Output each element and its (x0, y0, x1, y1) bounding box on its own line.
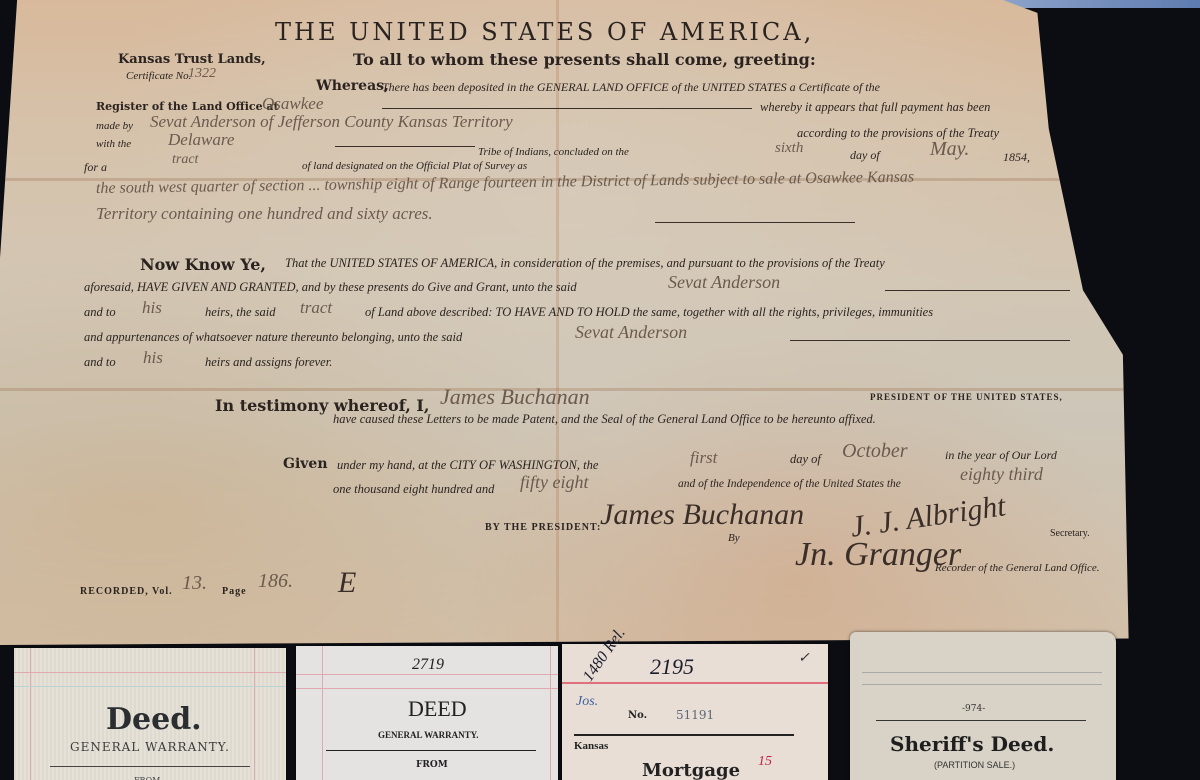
card-number: 2719 (412, 656, 444, 674)
vertical-crease (556, 0, 559, 645)
given-label: Given (283, 456, 328, 472)
land-patent-document: THE UNITED STATES OF AMERICA, To all to … (0, 0, 1140, 645)
treaty-month: May. (930, 138, 969, 161)
fill-line (790, 340, 1070, 341)
independence-text: and of the Independence of the United St… (678, 478, 901, 490)
year-words: fifty eight (520, 472, 588, 493)
sheriffs-deed-card: -974- Sheriff's Deed. (PARTITION SALE.) (850, 632, 1116, 780)
page-label: Page (222, 586, 247, 597)
independence-year: eighty third (960, 464, 1043, 485)
his-value-2: his (143, 348, 163, 368)
rule-line (562, 682, 828, 684)
certificate-label: Certificate No. (126, 70, 191, 82)
land-description-line-1: the south west quarter of section ... to… (96, 169, 914, 198)
check-mark: ✓ (798, 650, 810, 667)
fill-line (382, 108, 752, 109)
margin-line (322, 646, 323, 780)
margin-line (550, 646, 551, 780)
deed-card-2719: 2719 DEED GENERAL WARRANTY. FROM (296, 646, 558, 780)
tract-value-2: tract (300, 298, 332, 318)
recorded-volume-label: RECORDED, Vol. (80, 586, 173, 597)
card-from: FROM (134, 776, 160, 780)
fill-line (885, 290, 1070, 291)
given-month: October (842, 440, 908, 463)
recorded-page: 186. (258, 570, 293, 593)
treaty-day: sixth (775, 140, 803, 157)
grantee-name-2: Sevat Anderson (575, 322, 687, 343)
margin-line (254, 648, 255, 780)
no-value: 51191 (676, 708, 714, 722)
whereby-text: whereby it appears that full payment has… (760, 100, 990, 115)
made-by-label: made by (96, 120, 133, 132)
handwritten-initials: Jos. (576, 694, 598, 710)
rule-line (14, 672, 286, 673)
assigns-text: heirs and assigns forever. (205, 355, 332, 370)
year-of-lord-text: in the year of Our Lord (945, 448, 1057, 463)
tract-value: tract (172, 152, 198, 168)
and-to-label: and to (84, 305, 116, 320)
card-subtitle: (PARTITION SALE.) (934, 760, 1015, 770)
given-text: under my hand, at the CITY OF WASHINGTON… (337, 458, 598, 473)
fill-line (335, 146, 475, 147)
whereas-label: Whereas, (316, 78, 389, 94)
card-from: FROM (416, 760, 448, 770)
trust-lands-label: Kansas Trust Lands, (118, 52, 266, 67)
land-above-text: of Land above described: TO HAVE AND TO … (365, 305, 933, 320)
treaty-year: 1854, (1003, 150, 1030, 165)
rule-line (326, 750, 536, 751)
background-strip (1000, 0, 1200, 8)
caused-text: have caused these Letters to be made Pat… (333, 412, 876, 427)
card-state: Kansas (574, 740, 608, 752)
recorded-mark: E (338, 566, 356, 600)
made-by-value: Sevat Anderson of Jefferson County Kansa… (150, 112, 513, 132)
president-title: PRESIDENT OF THE UNITED STATES, (870, 392, 1063, 402)
rule-line (14, 686, 286, 687)
grantee-name: Sevat Anderson (668, 272, 780, 293)
card-number: 2195 (650, 654, 694, 680)
tribe-value: Delaware (168, 130, 234, 150)
recorded-volume: 13. (182, 572, 207, 595)
land-description-line-2: Territory containing one hundred and six… (96, 204, 433, 224)
day-of-label: day of (850, 148, 880, 163)
card-title: Sheriff's Deed. (890, 732, 1054, 756)
day-of-label-2: day of (790, 452, 821, 467)
card-title: Mortgage (642, 760, 740, 780)
rule-line (876, 720, 1086, 721)
aforesaid-text: aforesaid, HAVE GIVEN AND GRANTED, and b… (84, 280, 577, 295)
one-thousand-text: one thousand eight hundred and (333, 482, 494, 497)
recorder-label: Recorder of the General Land Office. (935, 562, 1100, 574)
for-a-label: for a (84, 160, 107, 175)
his-value: his (142, 298, 162, 318)
document-title: THE UNITED STATES OF AMERICA, (275, 18, 814, 46)
heirs-text: heirs, the said (205, 305, 275, 320)
by-the-president-label: BY THE PRESIDENT: (485, 522, 601, 533)
card-title: Deed. (106, 702, 202, 737)
rule-line (296, 674, 558, 675)
rule-line (862, 684, 1102, 685)
with-the-label: with the (96, 138, 131, 150)
appurtenances-text: and appurtenances of whatsoever nature t… (84, 330, 462, 345)
card-mark: 15 (758, 754, 772, 770)
card-subtitle: GENERAL WARRANTY. (378, 730, 479, 740)
secretary-label: Secretary. (1050, 528, 1090, 539)
president-name: James Buchanan (440, 384, 590, 410)
card-number: -974- (962, 704, 985, 714)
register-place: Osawkee (262, 94, 323, 114)
now-know-ye-text: That the UNITED STATES OF AMERICA, in co… (285, 256, 885, 271)
by-label: By (728, 532, 740, 544)
no-label: No. (628, 710, 647, 721)
card-subtitle: GENERAL WARRANTY. (70, 740, 230, 754)
fill-line (655, 222, 855, 223)
certificate-number: 1322 (188, 66, 216, 82)
rule-line (50, 766, 250, 767)
rule-line (862, 672, 1102, 673)
tribe-text: Tribe of Indians, concluded on the (478, 146, 629, 158)
rule-line (296, 688, 558, 689)
margin-line (30, 648, 31, 780)
whereas-text: There has been deposited in the GENERAL … (382, 80, 880, 95)
card-title: DEED (408, 696, 467, 722)
mortgage-card: 1480 Rel. 2195 ✓ Jos. No. 51191 Kansas M… (562, 644, 828, 780)
given-day: first (690, 448, 717, 468)
deed-card-gothic: Deed. GENERAL WARRANTY. FROM (14, 648, 286, 780)
now-know-ye-label: Now Know Ye, (140, 255, 266, 274)
and-to-label-2: and to (84, 355, 116, 370)
greeting: To all to whom these presents shall come… (353, 50, 816, 69)
rule-line (574, 734, 794, 736)
president-signature: James Buchanan (600, 498, 804, 532)
land-designated-text: of land designated on the Official Plat … (302, 160, 527, 172)
